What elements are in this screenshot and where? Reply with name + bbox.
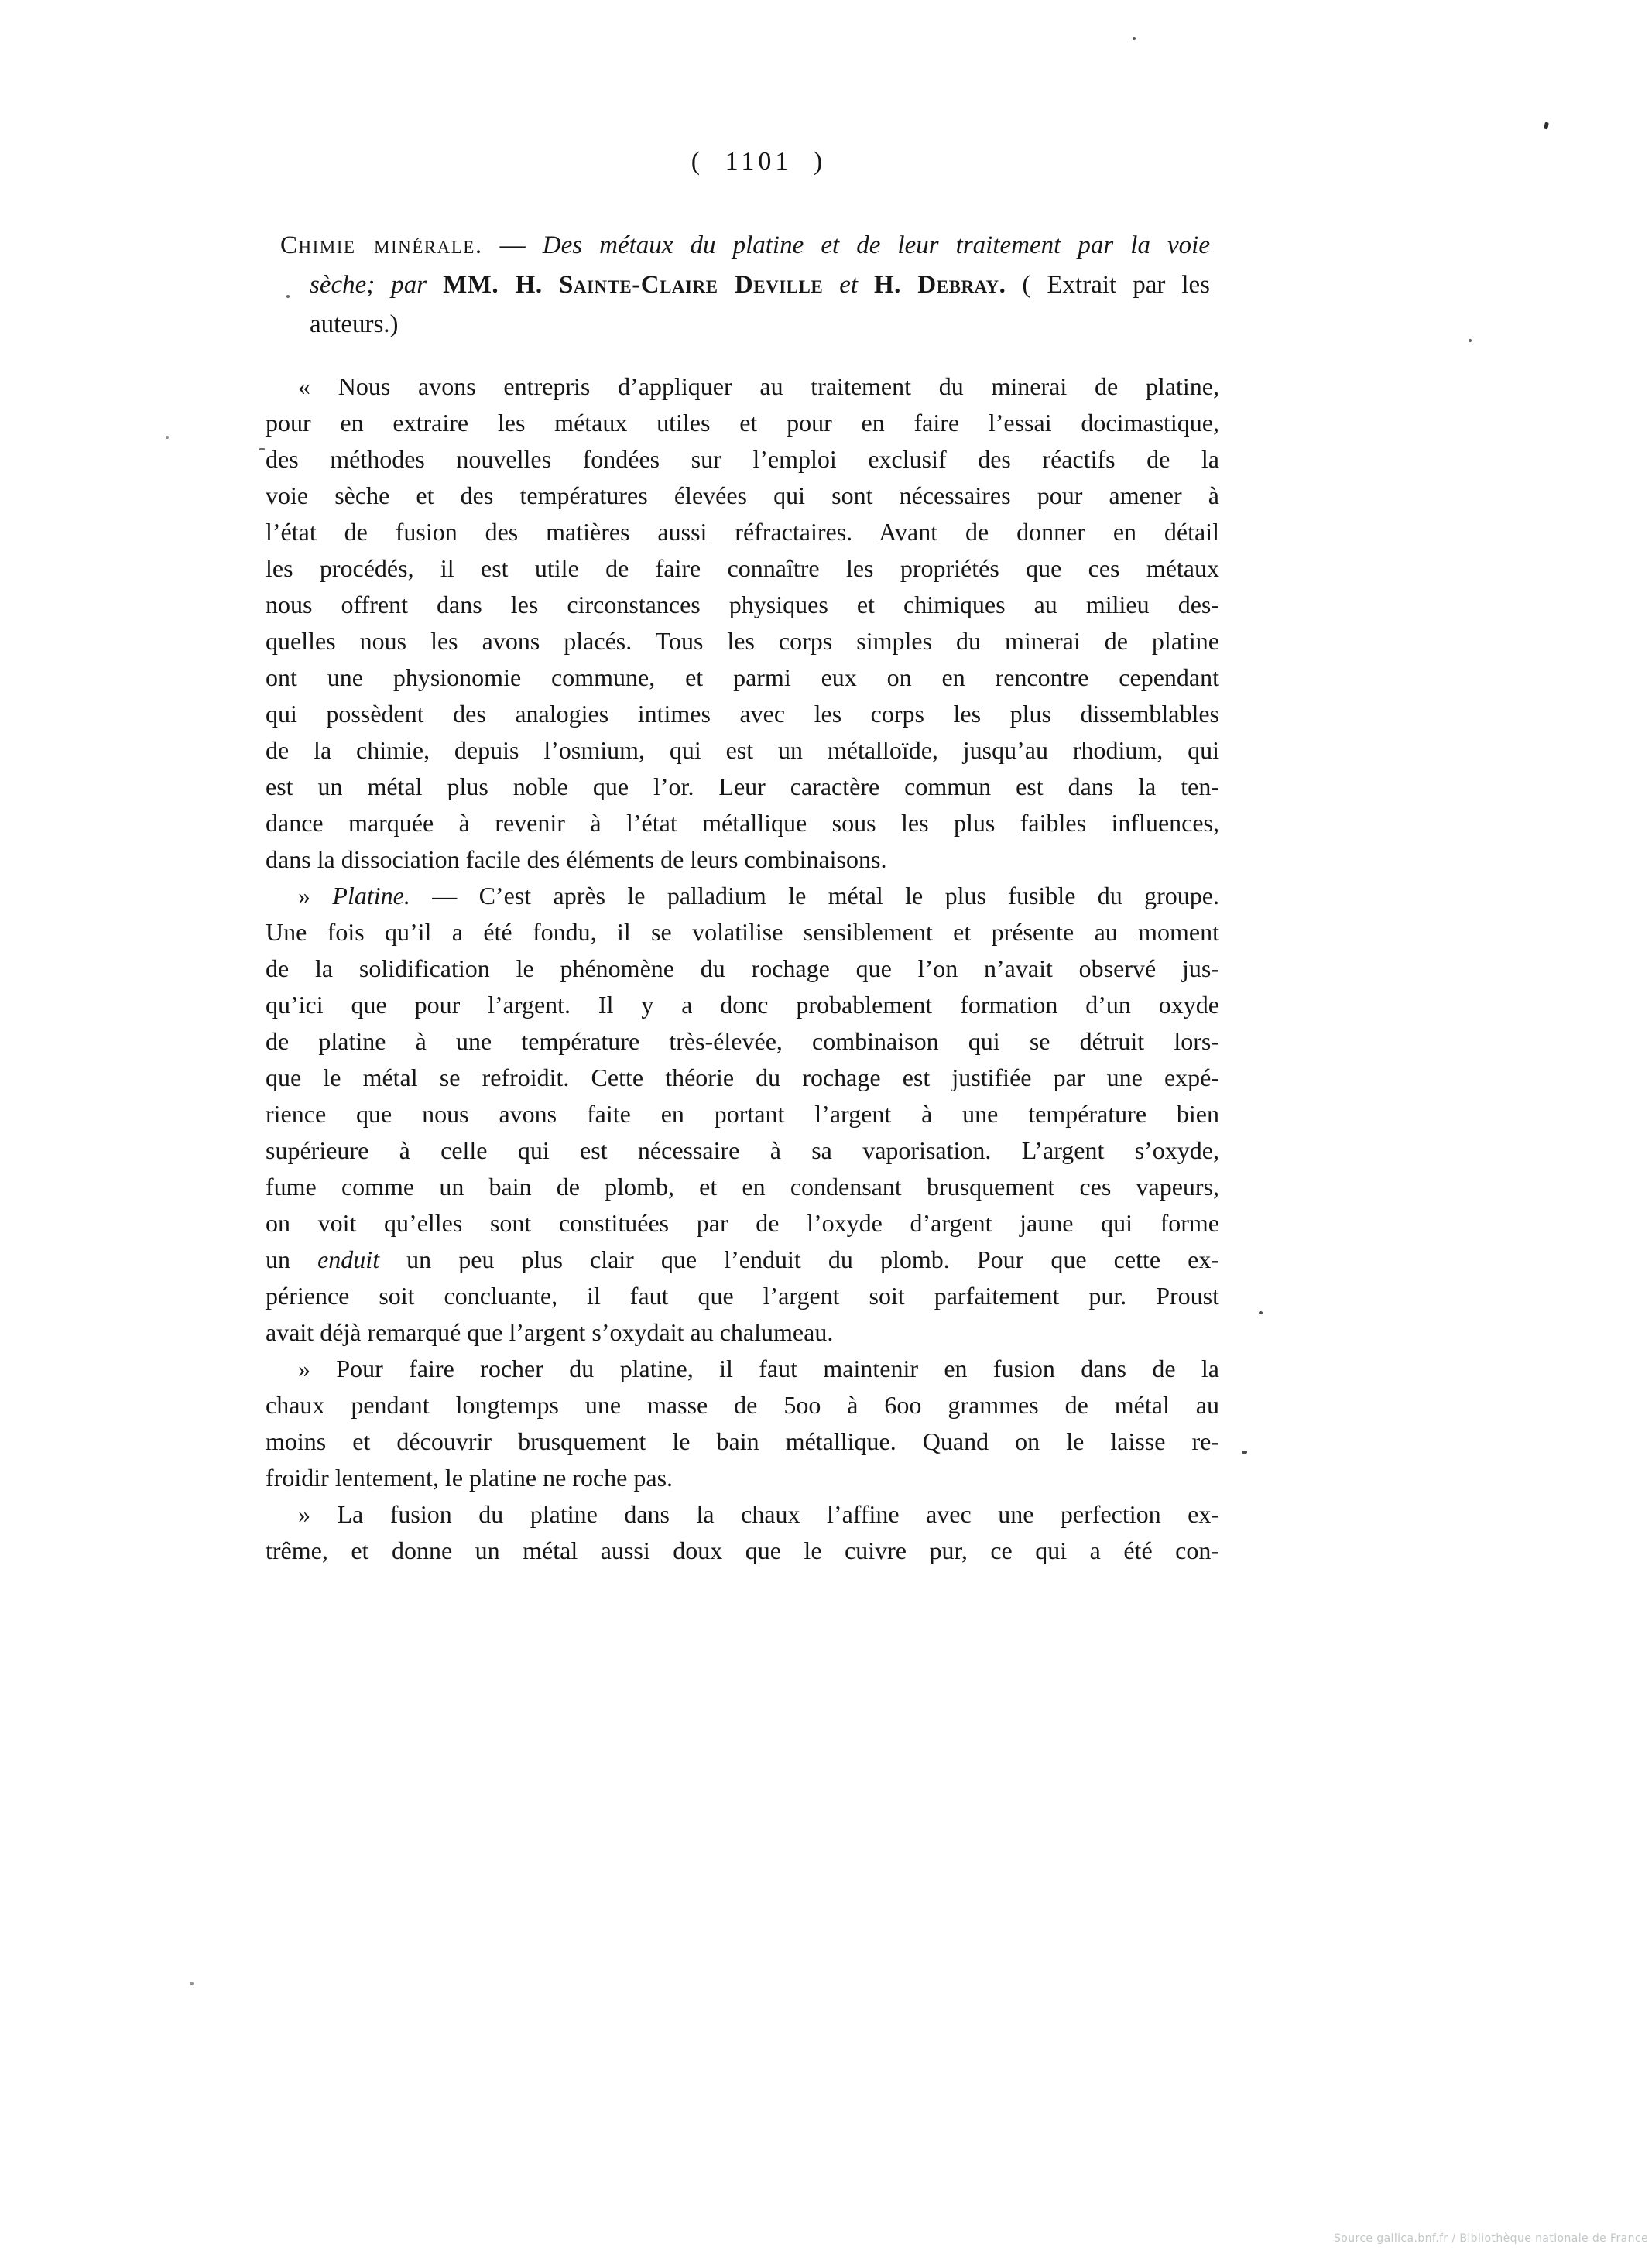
text-segment: pour en extraire les métaux utiles et po… [266, 409, 1219, 437]
scan-speck [286, 295, 290, 298]
text-line: supérieure à celle qui est nécessaire à … [266, 1132, 1219, 1169]
text-segment: quelles nous les avons placés. Tous les … [266, 627, 1219, 655]
scan-speck [1259, 1311, 1263, 1314]
text-line: de la chimie, depuis l’osmium, qui est u… [266, 732, 1219, 769]
text-segment: rience que nous avons faite en portant l… [266, 1100, 1219, 1128]
text-segment: « Nous avons entrepris d’appliquer au tr… [298, 372, 1219, 400]
text-segment: dance marquée à revenir à l’état métalli… [266, 809, 1219, 837]
text-segment: des méthodes nouvelles fondées sur l’emp… [266, 445, 1219, 473]
text-line: ont une physionomie commune, et parmi eu… [266, 659, 1219, 696]
article-body: « Nous avons entrepris d’appliquer au tr… [266, 368, 1219, 1569]
text-segment: MM. H. Sainte-Claire Deville [443, 271, 823, 299]
scanned-page: ( 1101 ) Chimie minérale. — Des métaux d… [0, 0, 1652, 2254]
text-line: « Nous avons entrepris d’appliquer au tr… [266, 368, 1219, 405]
text-line: est un métal plus noble que l’or. Leur c… [266, 769, 1219, 805]
scan-speck [166, 436, 169, 439]
text-segment: ont une physionomie commune, et parmi eu… [266, 663, 1219, 691]
text-segment: voie sèche et des températures élevées q… [266, 481, 1219, 509]
scan-speck [1133, 37, 1136, 40]
text-segment: H. Debray. [874, 271, 1006, 299]
heading-line: sèche; par MM. H. Sainte-Claire Deville … [280, 265, 1210, 305]
text-segment: Platine. [332, 882, 410, 909]
text-line: chaux pendant longtemps une masse de 5oo… [266, 1387, 1219, 1423]
text-segment: auteurs.) [310, 310, 399, 338]
text-line: » Pour faire rocher du platine, il faut … [266, 1351, 1219, 1387]
text-line: trême, et donne un métal aussi doux que … [266, 1533, 1219, 1569]
text-segment: — C’est après le palladium le métal le p… [410, 882, 1219, 909]
text-line: de la solidification le phénomène du roc… [266, 951, 1219, 987]
text-segment: un peu plus clair que l’enduit du plomb.… [379, 1245, 1219, 1273]
text-segment: ( Extrait par les [1006, 271, 1210, 299]
text-line: rience que nous avons faite en portant l… [266, 1096, 1219, 1132]
paragraph: « Nous avons entrepris d’appliquer au tr… [266, 368, 1219, 878]
text-line: qui possèdent des analogies intimes avec… [266, 696, 1219, 732]
text-segment: — [483, 231, 543, 259]
text-segment: enduit [317, 1245, 379, 1273]
scan-speck [259, 448, 265, 450]
text-segment: on voit qu’elles sont constituées par de… [266, 1209, 1219, 1237]
text-segment: nous offrent dans les circonstances phys… [266, 591, 1219, 618]
text-segment: avait déjà remarqué que l’argent s’oxyda… [266, 1318, 833, 1346]
text-segment: Des métaux du platine et de leur traitem… [543, 231, 1210, 259]
text-line: fume comme un bain de plomb, et en conde… [266, 1169, 1219, 1205]
text-line: nous offrent dans les circonstances phys… [266, 587, 1219, 623]
text-segment: de platine à une température très-élevée… [266, 1027, 1219, 1055]
text-line: un enduit un peu plus clair que l’enduit… [266, 1242, 1219, 1278]
text-line: pour en extraire les métaux utiles et po… [266, 405, 1219, 441]
paragraph: » Platine. — C’est après le palladium le… [266, 878, 1219, 1351]
text-segment: Une fois qu’il a été fondu, il se volati… [266, 918, 1219, 946]
scan-speck [1544, 122, 1549, 130]
text-segment: Chimie minérale. [280, 231, 483, 259]
gallica-watermark: Source gallica.bnf.fr / Bibliothèque nat… [1334, 2232, 1648, 2245]
text-line: que le métal se refroidit. Cette théorie… [266, 1060, 1219, 1096]
text-line: l’état de fusion des matières aussi réfr… [266, 514, 1219, 550]
text-segment: de la solidification le phénomène du roc… [266, 954, 1219, 982]
page-number: ( 1101 ) [643, 144, 875, 180]
text-segment: » Pour faire rocher du platine, il faut … [298, 1355, 1219, 1382]
text-segment: » La fusion du platine dans la chaux l’a… [298, 1500, 1219, 1528]
text-line: » Platine. — C’est après le palladium le… [266, 878, 1219, 914]
paragraph: » La fusion du platine dans la chaux l’a… [266, 1496, 1219, 1569]
text-line: avait déjà remarqué que l’argent s’oxyda… [266, 1314, 1219, 1351]
text-segment: que le métal se refroidit. Cette théorie… [266, 1064, 1219, 1091]
text-segment: » [298, 882, 332, 909]
text-segment: dans la dissociation facile des éléments… [266, 845, 886, 873]
heading-line: Chimie minérale. — Des métaux du platine… [280, 226, 1210, 265]
article-heading: Chimie minérale. — Des métaux du platine… [280, 226, 1210, 344]
text-line: périence soit concluante, il faut que l’… [266, 1278, 1219, 1314]
text-segment: qui possèdent des analogies intimes avec… [266, 700, 1219, 728]
text-line: on voit qu’elles sont constituées par de… [266, 1205, 1219, 1242]
text-line: les procédés, il est utile de faire conn… [266, 550, 1219, 587]
text-line: dans la dissociation facile des éléments… [266, 841, 1219, 878]
text-segment: périence soit concluante, il faut que l’… [266, 1282, 1219, 1310]
text-line: voie sèche et des températures élevées q… [266, 478, 1219, 514]
text-segment: un [266, 1245, 317, 1273]
text-segment: sèche; par [310, 271, 443, 299]
text-segment: qu’ici que pour l’argent. Il y a donc pr… [266, 991, 1219, 1019]
text-line: quelles nous les avons placés. Tous les … [266, 623, 1219, 659]
text-segment: supérieure à celle qui est nécessaire à … [266, 1136, 1219, 1164]
text-line: Une fois qu’il a été fondu, il se volati… [266, 914, 1219, 951]
text-line: dance marquée à revenir à l’état métalli… [266, 805, 1219, 841]
text-segment: les procédés, il est utile de faire conn… [266, 554, 1219, 582]
text-segment: fume comme un bain de plomb, et en conde… [266, 1173, 1219, 1201]
scan-speck [190, 1982, 194, 1985]
text-line: » La fusion du platine dans la chaux l’a… [266, 1496, 1219, 1533]
scan-speck [1469, 339, 1472, 342]
text-line: des méthodes nouvelles fondées sur l’emp… [266, 441, 1219, 478]
text-segment: trême, et donne un métal aussi doux que … [266, 1536, 1219, 1564]
text-segment: de la chimie, depuis l’osmium, qui est u… [266, 736, 1219, 764]
scan-speck [1242, 1451, 1247, 1454]
text-segment: est un métal plus noble que l’or. Leur c… [266, 772, 1219, 800]
text-segment: et [823, 271, 874, 299]
text-segment: l’état de fusion des matières aussi réfr… [266, 518, 1219, 546]
text-segment: moins et découvrir brusquement le bain m… [266, 1427, 1219, 1455]
text-line: moins et découvrir brusquement le bain m… [266, 1423, 1219, 1460]
text-line: de platine à une température très-élevée… [266, 1023, 1219, 1060]
text-segment: froidir lentement, le platine ne roche p… [266, 1464, 673, 1492]
heading-line: auteurs.) [280, 305, 1210, 344]
text-line: qu’ici que pour l’argent. Il y a donc pr… [266, 987, 1219, 1023]
text-segment: chaux pendant longtemps une masse de 5oo… [266, 1391, 1219, 1419]
text-line: froidir lentement, le platine ne roche p… [266, 1460, 1219, 1496]
paragraph: » Pour faire rocher du platine, il faut … [266, 1351, 1219, 1496]
